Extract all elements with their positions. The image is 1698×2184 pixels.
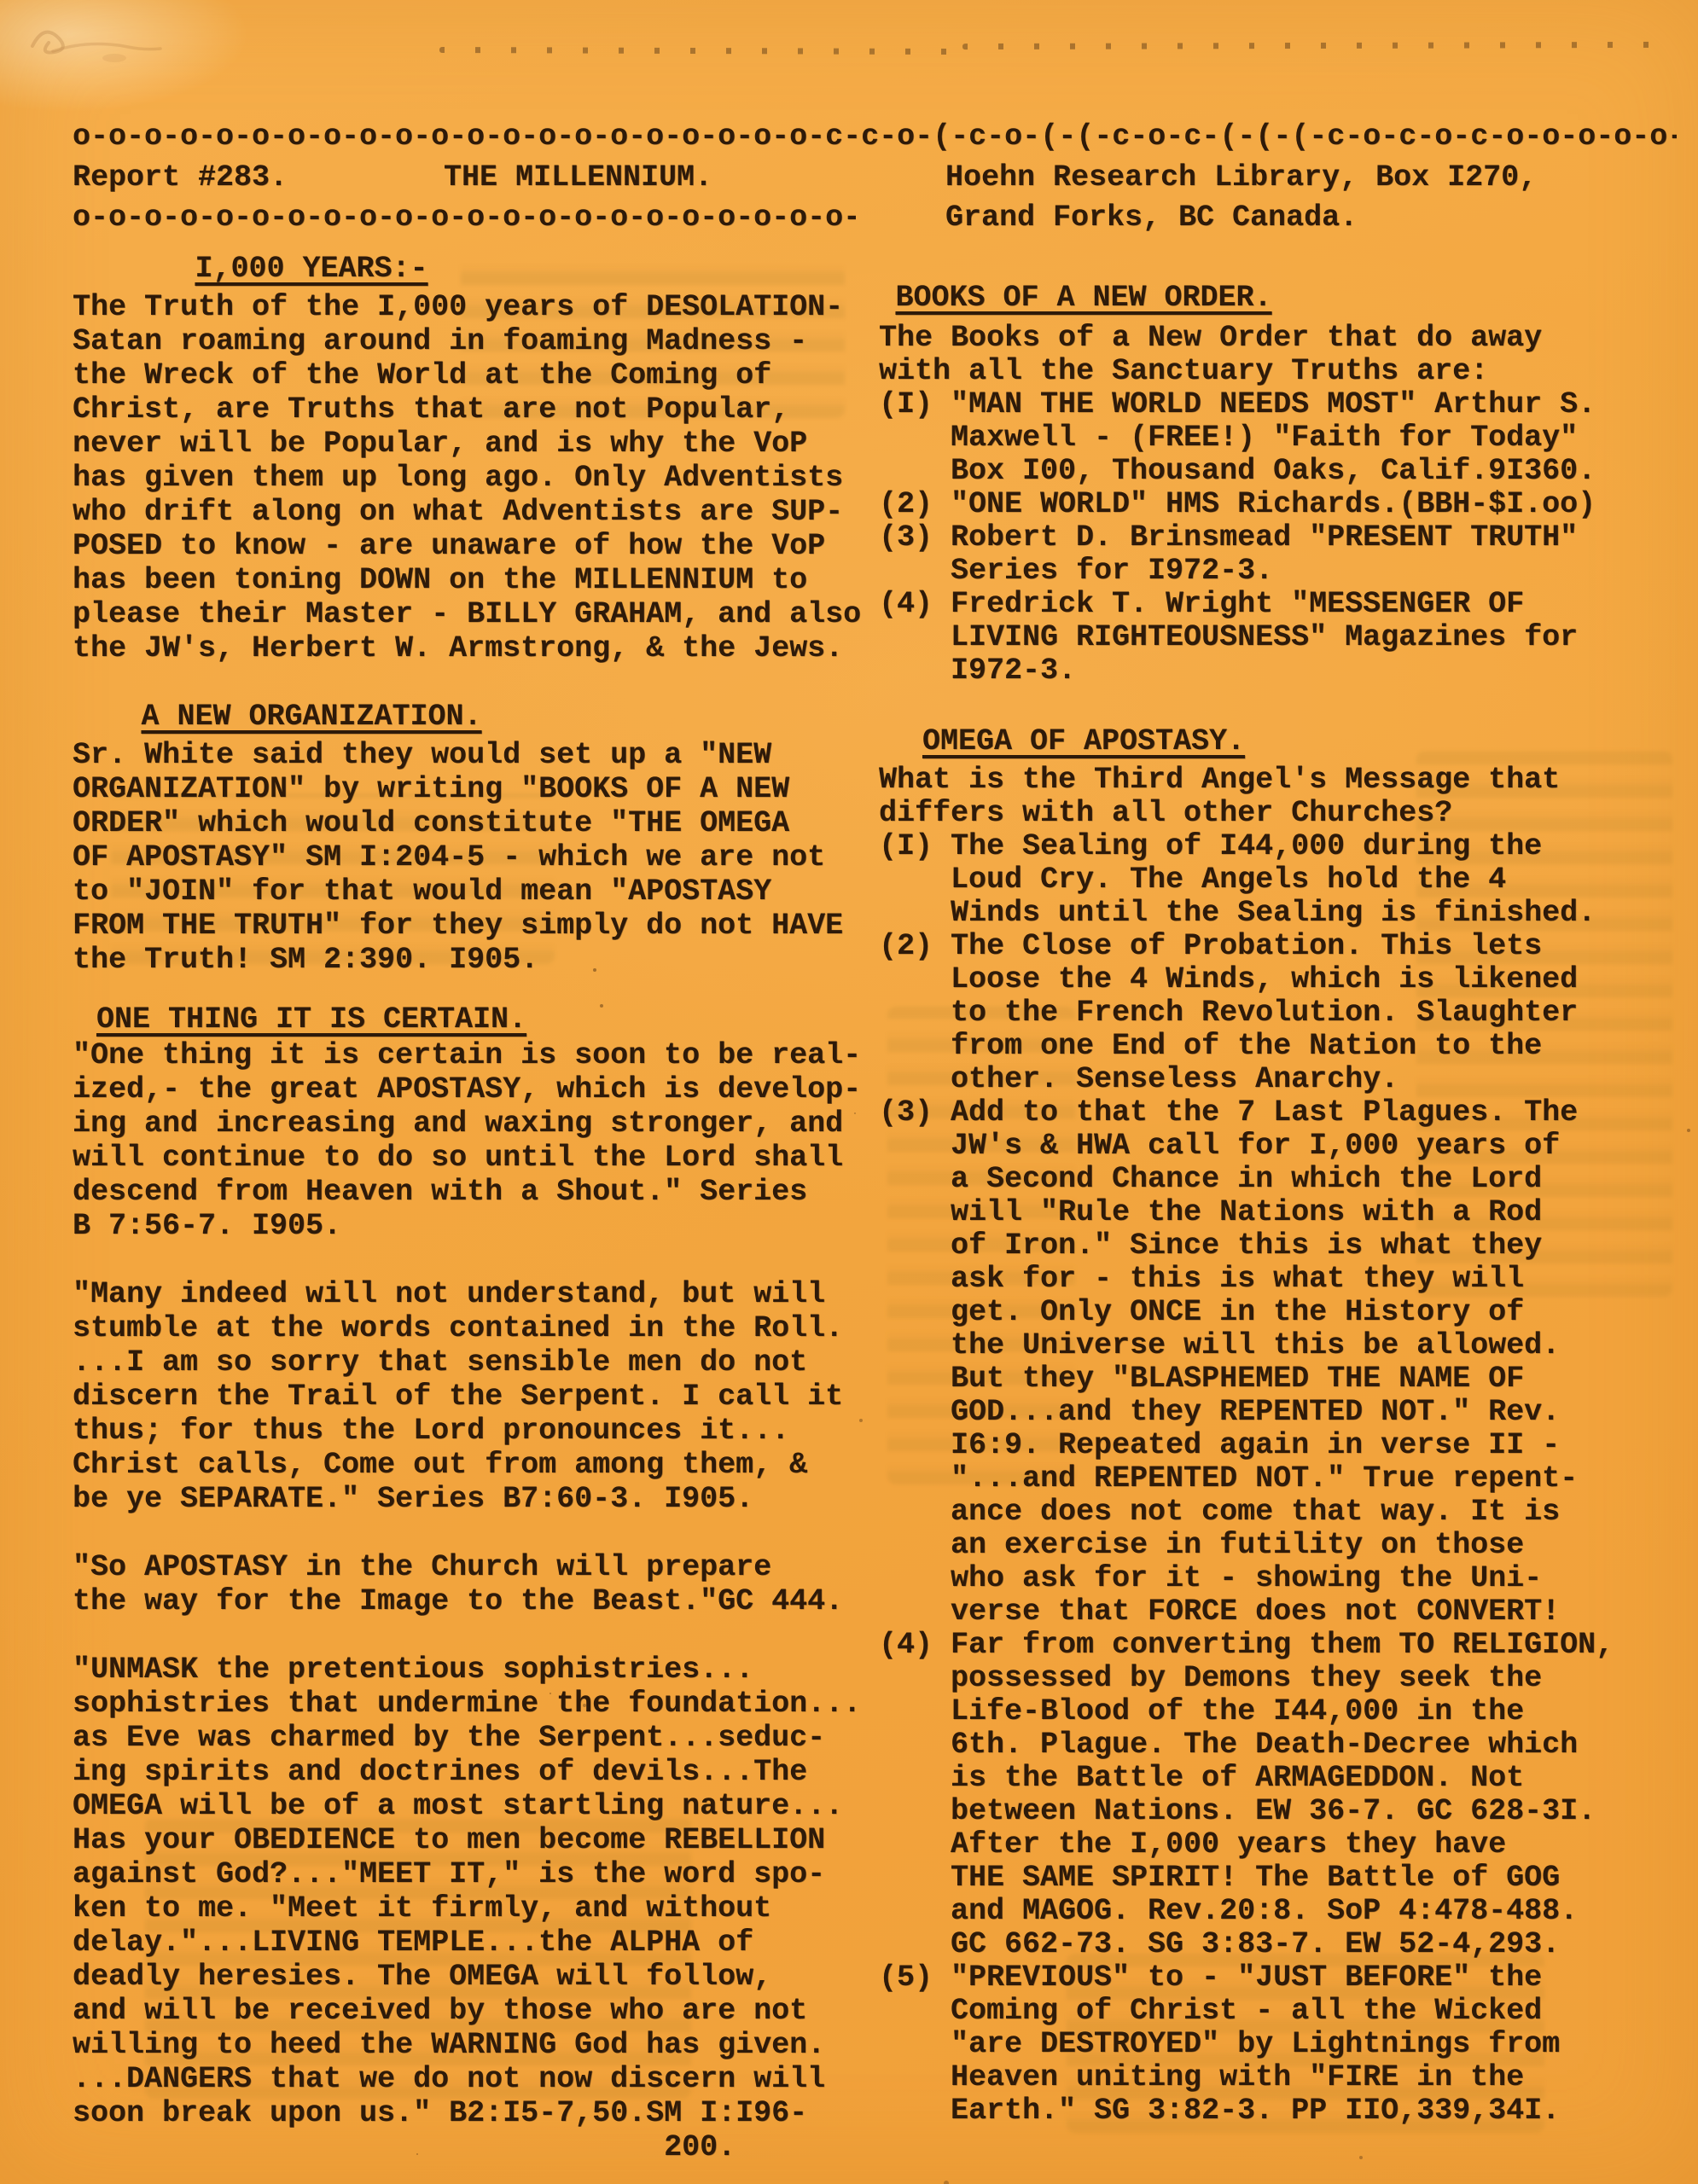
paragraph-new-organization: Sr. White said they would set up a "NEW … xyxy=(73,738,892,977)
paragraph-so-apostasy: "So APOSTASY in the Church will prepare … xyxy=(73,1550,892,1618)
section-heading-omega-of-apostasy: OMEGA OF APOSTASY. xyxy=(879,725,1288,758)
section-heading-books-new-order: BOOKS OF A NEW ORDER. xyxy=(879,282,1288,315)
right-column: BOOKS OF A NEW ORDER. The Books of a New… xyxy=(879,282,1685,2128)
ink-specks-row-left xyxy=(439,47,951,55)
org-name-address: Hoehn Research Library, Box I270, xyxy=(945,160,1537,195)
section-heading-one-thing-certain: ONE THING IT IS CERTAIN. xyxy=(73,1002,550,1037)
ink-specks-row-right xyxy=(962,42,1675,49)
left-column: I,000 YEARS:- The Truth of the I,000 yea… xyxy=(73,252,892,2164)
section-heading-new-organization: A NEW ORGANIZATION. xyxy=(73,700,550,734)
section-heading-1000-years: I,000 YEARS:- xyxy=(73,252,550,286)
paragraph-one-thing-certain: "One thing it is certain is soon to be r… xyxy=(73,1038,892,1243)
corner-scribble-mark xyxy=(14,10,210,87)
paragraph-1000-years: The Truth of the I,000 years of DESOLATI… xyxy=(73,290,892,665)
document-title: THE MILLENNIUM. xyxy=(444,160,712,195)
separator-line-top: o-o-o-o-o-o-o-o-o-o-o-o-o-o-o-o-o-o-o-o-… xyxy=(73,119,1677,154)
paragraph-books-new-order: The Books of a New Order that do away wi… xyxy=(879,322,1685,688)
paragraph-many-indeed: "Many indeed will not understand, but wi… xyxy=(73,1277,892,1516)
separator-line-left: o-o-o-o-o-o-o-o-o-o-o-o-o-o-o-o-o-o-o-o-… xyxy=(73,200,856,235)
paragraph-unmask: "UNMASK the pretentious sophistries... s… xyxy=(73,1653,892,2164)
document-page: o-o-o-o-o-o-o-o-o-o-o-o-o-o-o-o-o-o-o-o-… xyxy=(0,0,1698,2184)
paragraph-omega-of-apostasy: What is the Third Angel's Message that d… xyxy=(879,764,1685,2128)
report-number: Report #283. xyxy=(73,160,288,195)
org-city-line: Grand Forks, BC Canada. xyxy=(945,200,1358,235)
